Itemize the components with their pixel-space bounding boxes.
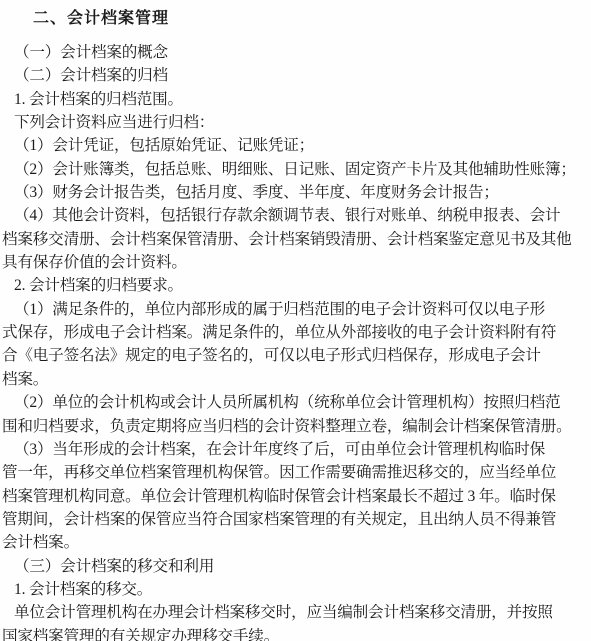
text-line: （二）会计档案的归档 — [2, 64, 591, 87]
text-line: （2）会计账簿类，包括总账、明细账、日记账、固定资产卡片及其他辅助性账簿； — [2, 158, 591, 181]
section-title: 二、会计档案管理 — [2, 7, 591, 30]
text-line: （2）单位的会计机构或会计人员所属机构（统称单位会计管理机构）按照归档范 — [2, 391, 591, 414]
text-line: 具有保存价值的会计资料。 — [2, 251, 591, 274]
text-line: （三）会计档案的移交和利用 — [2, 555, 591, 578]
text-line: （1）会计凭证，包括原始凭证、记账凭证； — [2, 134, 591, 157]
text-line: 合《电子签名法》规定的电子签名的，可仅以电子形式归档保存，形成电子会计 — [2, 344, 591, 367]
text-line: 2. 会计档案的归档要求。 — [2, 274, 591, 297]
text-line: 档案管理机构同意。单位会计管理机构临时保管会计档案最长不超过 3 年。临时保 — [2, 485, 591, 508]
text-line: 管期间，会计档案的保管应当符合国家档案管理的有关规定，且出纳人员不得兼管 — [2, 508, 591, 531]
text-line: 国家档案管理的有关规定办理移交手续。 — [2, 625, 591, 641]
text-line: 管一年，再移交单位档案管理机构保管。因工作需要确需推迟移交的，应当经单位 — [2, 461, 591, 484]
document-body: （一）会计档案的概念（二）会计档案的归档1. 会计档案的归档范围。下列会计资料应… — [2, 41, 591, 641]
text-line: 1. 会计档案的移交。 — [2, 578, 591, 601]
text-line: （一）会计档案的概念 — [2, 41, 591, 64]
text-line: （3）当年形成的会计档案，在会计年度终了后，可由单位会计管理机构临时保 — [2, 438, 591, 461]
text-line: 式保存，形成电子会计档案。满足条件的，单位从外部接收的电子会计资料附有符 — [2, 321, 591, 344]
document-page: 二、会计档案管理 （一）会计档案的概念（二）会计档案的归档1. 会计档案的归档范… — [0, 0, 591, 641]
text-line: 档案移交清册、会计档案保管清册、会计档案销毁清册、会计档案鉴定意见书及其他 — [2, 228, 591, 251]
text-line: 会计档案。 — [2, 531, 591, 554]
text-line: （3）财务会计报告类，包括月度、季度、半年度、年度财务会计报告； — [2, 181, 591, 204]
text-line: 围和归档要求，负责定期将应当归档的会计资料整理立卷，编制会计档案保管清册。 — [2, 415, 591, 438]
text-line: （4）其他会计资料，包括银行存款余额调节表、银行对账单、纳税申报表、会计 — [2, 204, 591, 227]
text-line: 单位会计管理机构在办理会计档案移交时，应当编制会计档案移交清册，并按照 — [2, 601, 591, 624]
text-line: 1. 会计档案的归档范围。 — [2, 88, 591, 111]
text-line: 档案。 — [2, 368, 591, 391]
text-line: 下列会计资料应当进行归档： — [2, 111, 591, 134]
text-line: （1）满足条件的，单位内部形成的属于归档范围的电子会计资料可仅以电子形 — [2, 298, 591, 321]
